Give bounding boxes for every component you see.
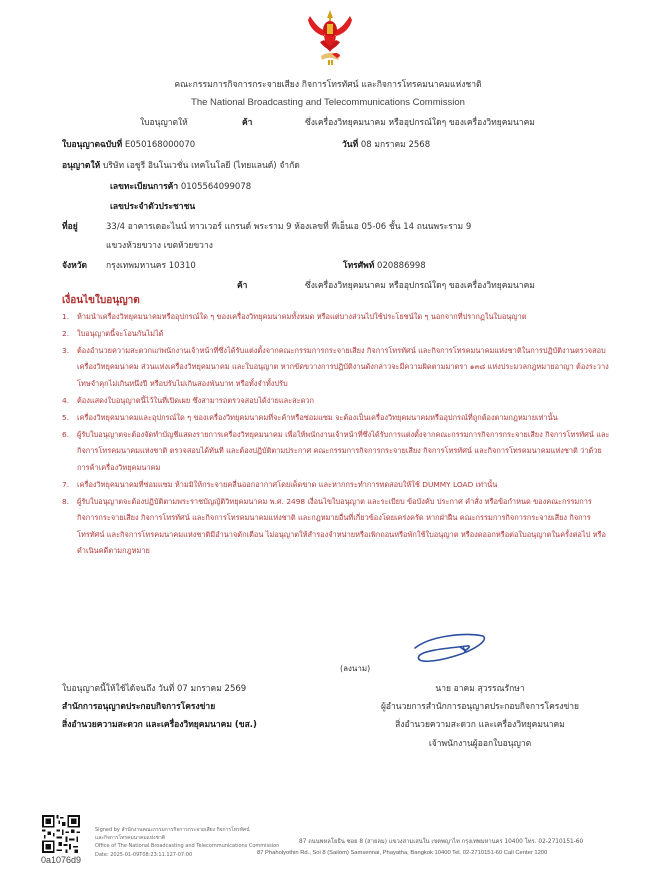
license-date-row: วันที่ 08 มกราคม 2568 — [342, 137, 430, 151]
permit-type-repeat: ค้า — [237, 278, 247, 292]
condition-item-2: 2. ใบอนุญาตนี้จะโอนกันไม่ได้ — [62, 326, 610, 342]
citizen-id-label: เลขประจำตัวประชาชน — [110, 202, 195, 212]
permit-description-repeat: ซึ่งเครื่องวิทยุคมนาคม หรืออุปกรณ์ใดๆ ขอ… — [305, 278, 535, 292]
permit-label: ใบอนุญาตให้ — [140, 115, 188, 129]
condition-item-7: 7. เครื่องวิทยุคมนาคมที่ซ่อมแซม ห้ามมิให… — [62, 477, 610, 493]
signer-position-2: สิ่งอำนวยความสะดวก และเครื่องวิทยุคมนาคม — [330, 717, 630, 731]
condition-item-3: 3. ต้องอำนวยความสะดวกแก่พนักงานเจ้าหน้าท… — [62, 343, 610, 392]
signer-position-3: เจ้าพนักงานผู้ออกใบอนุญาต — [330, 736, 630, 750]
license-number-row: ใบอนุญาตฉบับที่ E050168000070 — [62, 137, 195, 151]
permit-description: ซึ่งเครื่องวิทยุคมนาคม หรืออุปกรณ์ใดๆ ขอ… — [305, 115, 535, 129]
signature-icon — [405, 628, 490, 670]
phone-label: โทรศัพท์ — [343, 261, 374, 271]
permit-type: ค้า — [242, 115, 252, 129]
signed-date: Date: 2025-01-09T08:23:11.127-07:00 — [95, 852, 192, 858]
address-line-2: แขวงห้วยขวาง เขตห้วยขวาง — [106, 238, 213, 252]
license-number-label: ใบอนุญาตฉบับที่ — [62, 140, 122, 150]
issuing-office-1: สำนักการอนุญาตประกอบกิจการโครงข่าย — [62, 699, 215, 713]
license-number-value: E050168000070 — [125, 140, 195, 150]
signer-name: นาย อาคม สุวรรณรักษา — [380, 681, 580, 695]
phone-row: โทรศัพท์ 020886998 — [343, 258, 426, 272]
grantee-row: อนุญาตให้ บริษัท เอชูรี อินโนเวชั่น เทคโ… — [62, 158, 300, 172]
signed-by-english: Office of The National Broadcasting and … — [95, 843, 279, 849]
phone-value: 020886998 — [377, 261, 426, 271]
condition-item-6: 6. ผู้รับใบอนุญาตจะต้องจัดทำบัญชีแสดงราย… — [62, 427, 610, 476]
signed-by-thai-2: และกิจการโทรคมนาคมแห่งชาติ — [95, 834, 165, 842]
license-date-value: 08 มกราคม 2568 — [361, 140, 430, 150]
condition-item-4: 4. ต้องแสดงใบอนุญาตนี้ไว้ในที่เปิดเผย ซึ… — [62, 393, 610, 409]
grantee-label: อนุญาตให้ — [62, 161, 100, 171]
conditions-title: เงื่อนไขใบอนุญาต — [62, 293, 140, 308]
address-line-1: 33/4 อาคารเดอะไนน์ ทาวเวอร์ แกรนด์ พระรา… — [106, 219, 471, 233]
trade-registration-value: 0105564099078 — [181, 182, 251, 192]
qr-code-icon — [42, 815, 80, 853]
valid-until: ใบอนุญาตนี้ให้ใช้ได้จนถึง วันที่ 07 มกรา… — [62, 681, 246, 695]
grantee-value: บริษัท เอชูรี อินโนเวชั่น เทคโนโลยี (ไทย… — [103, 161, 300, 171]
signed-by-thai: Signed by สำนักงานคณะกรรมการกิจการกระจาย… — [95, 826, 250, 834]
condition-item-5: 5. เครื่องวิทยุคมนาคมและอุปกรณ์ใด ๆ ของเ… — [62, 410, 610, 426]
trade-registration-row: เลขทะเบียนการค้า 0105564099078 — [110, 179, 251, 193]
footer-address-english: 87 Phaholyothin Rd., Soi 8 (Sailom) Sams… — [257, 850, 547, 856]
sign-label: (ลงนาม) — [340, 662, 370, 675]
address-label: ที่อยู่ — [62, 219, 78, 233]
footer-address-thai: 87 ถนนพหลโยธิน ซอย 8 (สายลม) แขวงสามเสนใ… — [299, 836, 583, 846]
condition-item-8: 8. ผู้รับใบอนุญาตจะต้องปฏิบัติตามพระราชบ… — [62, 494, 610, 559]
license-date-label: วันที่ — [342, 140, 358, 150]
province-value: กรุงเทพมหานคร 10310 — [106, 258, 196, 272]
citizen-id-row: เลขประจำตัวประชาชน — [110, 199, 195, 213]
condition-item-1: 1. ห้ามนำเครื่องวิทยุคมนาคมหรืออุปกรณ์ใด… — [62, 309, 610, 325]
issuing-office-2: สิ่งอำนวยความสะดวก และเครื่องวิทยุคมนาคม… — [62, 717, 257, 731]
org-name-english: The National Broadcasting and Telecommun… — [0, 97, 656, 108]
signer-position-1: ผู้อำนวยการสำนักการอนุญาตประกอบกิจการโคร… — [330, 699, 630, 713]
province-label: จังหวัด — [62, 258, 87, 272]
trade-registration-label: เลขทะเบียนการค้า — [110, 182, 178, 192]
qr-code-id: 0a1076d9 — [41, 855, 81, 865]
garuda-emblem-icon — [302, 8, 358, 66]
org-name-thai: คณะกรรมการกิจการกระจายเสียง กิจการโทรทัศ… — [0, 77, 656, 91]
